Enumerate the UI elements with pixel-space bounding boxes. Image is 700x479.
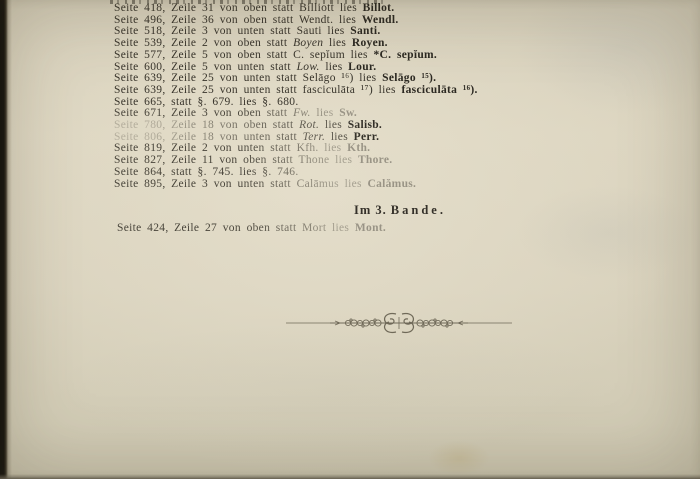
errata-prefix: Seite 496, Zeile 36 von oben statt (114, 14, 299, 26)
errata-wrong-word: §. 745. (198, 166, 234, 178)
errata-line: Seite 819, Zeile 2 von unten statt Kfh. … (114, 143, 689, 155)
band3-heading-prefix: Im 3. (354, 203, 387, 217)
errata-prefix: Seite 864, statt (114, 166, 198, 178)
errata-lies-word: lies (234, 96, 263, 108)
errata-prefix: Seite 539, Zeile 2 von oben statt (114, 37, 293, 49)
band3-heading: Im 3.Bande. (300, 203, 500, 218)
errata-prefix: Seite 639, Zeile 25 von unten statt (114, 84, 303, 96)
ornament-divider (284, 310, 514, 336)
errata-wrong-word: Kfh. (297, 142, 319, 154)
errata-wrong-word: Sauti (297, 25, 322, 37)
errata-correct-word: Selāgo ¹⁵). (382, 72, 436, 84)
errata-correct-word: Santi. (350, 25, 380, 37)
errata-lies-word: lies (323, 37, 352, 49)
errata-lies-word: lies (322, 25, 351, 37)
errata-prefix: Seite 665, statt (114, 96, 198, 108)
paper-stain (60, 325, 620, 460)
errata-correct-word: Wendl. (362, 14, 399, 26)
errata-correct-word: Mont. (355, 222, 386, 234)
errata-line: Seite 895, Zeile 3 von unten statt Calām… (114, 179, 689, 191)
errata-prefix: Seite 895, Zeile 3 von unten statt (114, 178, 297, 190)
errata-lies-word: lies (339, 178, 368, 190)
errata-prefix: Seite 671, Zeile 3 von oben statt (114, 107, 293, 119)
errata-correct-word: Billot. (363, 2, 395, 14)
errata-prefix: Seite 418, Zeile 31 von oben statt (114, 2, 299, 14)
errata-wrong-word: §. 679. (198, 96, 234, 108)
errata-wrong-word: C. sepĭum (293, 49, 345, 61)
errata-wrong-word: fasciculāta ¹⁷) (303, 84, 373, 96)
errata-list-band2: Seite 418, Zeile 31 von oben statt Billi… (114, 3, 689, 190)
errata-lies-word: lies (345, 49, 374, 61)
errata-wrong-word: Boyen (293, 37, 323, 49)
paper-stain (428, 440, 490, 476)
errata-correct-word: Lour. (348, 61, 376, 73)
errata-wrong-word: Wendt. (299, 14, 333, 26)
errata-wrong-word: Calāmus (297, 178, 339, 190)
errata-lies-word: lies (373, 84, 402, 96)
errata-prefix: Seite 600, Zeile 5 von unten statt (114, 61, 297, 73)
band3-heading-emph: Bande. (391, 203, 446, 217)
errata-correct-word: Thore. (358, 154, 393, 166)
errata-list-band3: Seite 424, Zeile 27 von oben statt Mort … (117, 223, 692, 235)
errata-wrong-word: Terr. (303, 131, 326, 143)
errata-lies-word: lies (334, 2, 363, 14)
errata-lies-word: lies (354, 72, 383, 84)
errata-lies-word: lies (319, 142, 348, 154)
errata-line: Seite 806, Zeile 18 von unten statt Terr… (114, 132, 689, 144)
errata-line: Seite 665, statt §. 679. lies §. 680. (114, 97, 689, 109)
errata-prefix: Seite 424, Zeile 27 von oben statt (117, 222, 302, 234)
errata-lies-word: lies (319, 119, 348, 131)
book-gutter-shadow (0, 0, 12, 479)
errata-correct-word: Calămus. (367, 178, 416, 190)
errata-line: Seite 827, Zeile 11 von oben statt Thone… (114, 155, 689, 167)
errata-correct-word: *C. sepĭum. (373, 49, 437, 61)
errata-prefix: Seite 806, Zeile 18 von unten statt (114, 131, 303, 143)
errata-line: Seite 780, Zeile 18 von oben statt Rot. … (114, 120, 689, 132)
errata-wrong-word: Thone (299, 154, 330, 166)
errata-wrong-word: Fw. (293, 107, 311, 119)
errata-correct-word: Perr. (354, 131, 380, 143)
errata-correct-word: Salisb. (348, 119, 382, 131)
errata-wrong-word: Billiott (299, 2, 334, 14)
errata-prefix: Seite 639, Zeile 25 von unten statt (114, 72, 303, 84)
errata-line: Seite 424, Zeile 27 von oben statt Mort … (117, 223, 692, 235)
errata-lies-word: lies (326, 222, 355, 234)
errata-prefix: Seite 827, Zeile 11 von oben statt (114, 154, 299, 166)
errata-correct-word: §. 680. (262, 96, 298, 108)
errata-lies-word: lies (320, 61, 349, 73)
errata-lies-word: lies (311, 107, 340, 119)
errata-lies-word: lies (329, 154, 358, 166)
errata-correct-word: §. 746. (262, 166, 298, 178)
errata-lies-word: lies (333, 14, 362, 26)
errata-prefix: Seite 780, Zeile 18 von oben statt (114, 119, 299, 131)
errata-prefix: Seite 819, Zeile 2 von unten statt (114, 142, 297, 154)
errata-wrong-word: Selāgo ¹⁶) (303, 72, 354, 84)
errata-lies-word: lies (234, 166, 263, 178)
scanned-book-page: Seite 418, Zeile 31 von oben statt Billi… (0, 0, 700, 479)
errata-wrong-word: Low. (297, 61, 320, 73)
errata-prefix: Seite 518, Zeile 3 von unten statt (114, 25, 297, 37)
errata-line: Seite 671, Zeile 3 von oben statt Fw. li… (114, 108, 689, 120)
errata-correct-word: Sw. (339, 107, 357, 119)
errata-prefix: Seite 577, Zeile 5 von oben statt (114, 49, 293, 61)
errata-line: Seite 864, statt §. 745. lies §. 746. (114, 167, 689, 179)
page-bottom-edge (0, 474, 700, 479)
errata-correct-word: fasciculāta ¹⁶). (402, 84, 478, 96)
errata-correct-word: Kth. (347, 142, 370, 154)
errata-wrong-word: Rot. (299, 119, 319, 131)
errata-lies-word: lies (325, 131, 354, 143)
errata-correct-word: Royen. (352, 37, 388, 49)
errata-wrong-word: Mort (302, 222, 326, 234)
